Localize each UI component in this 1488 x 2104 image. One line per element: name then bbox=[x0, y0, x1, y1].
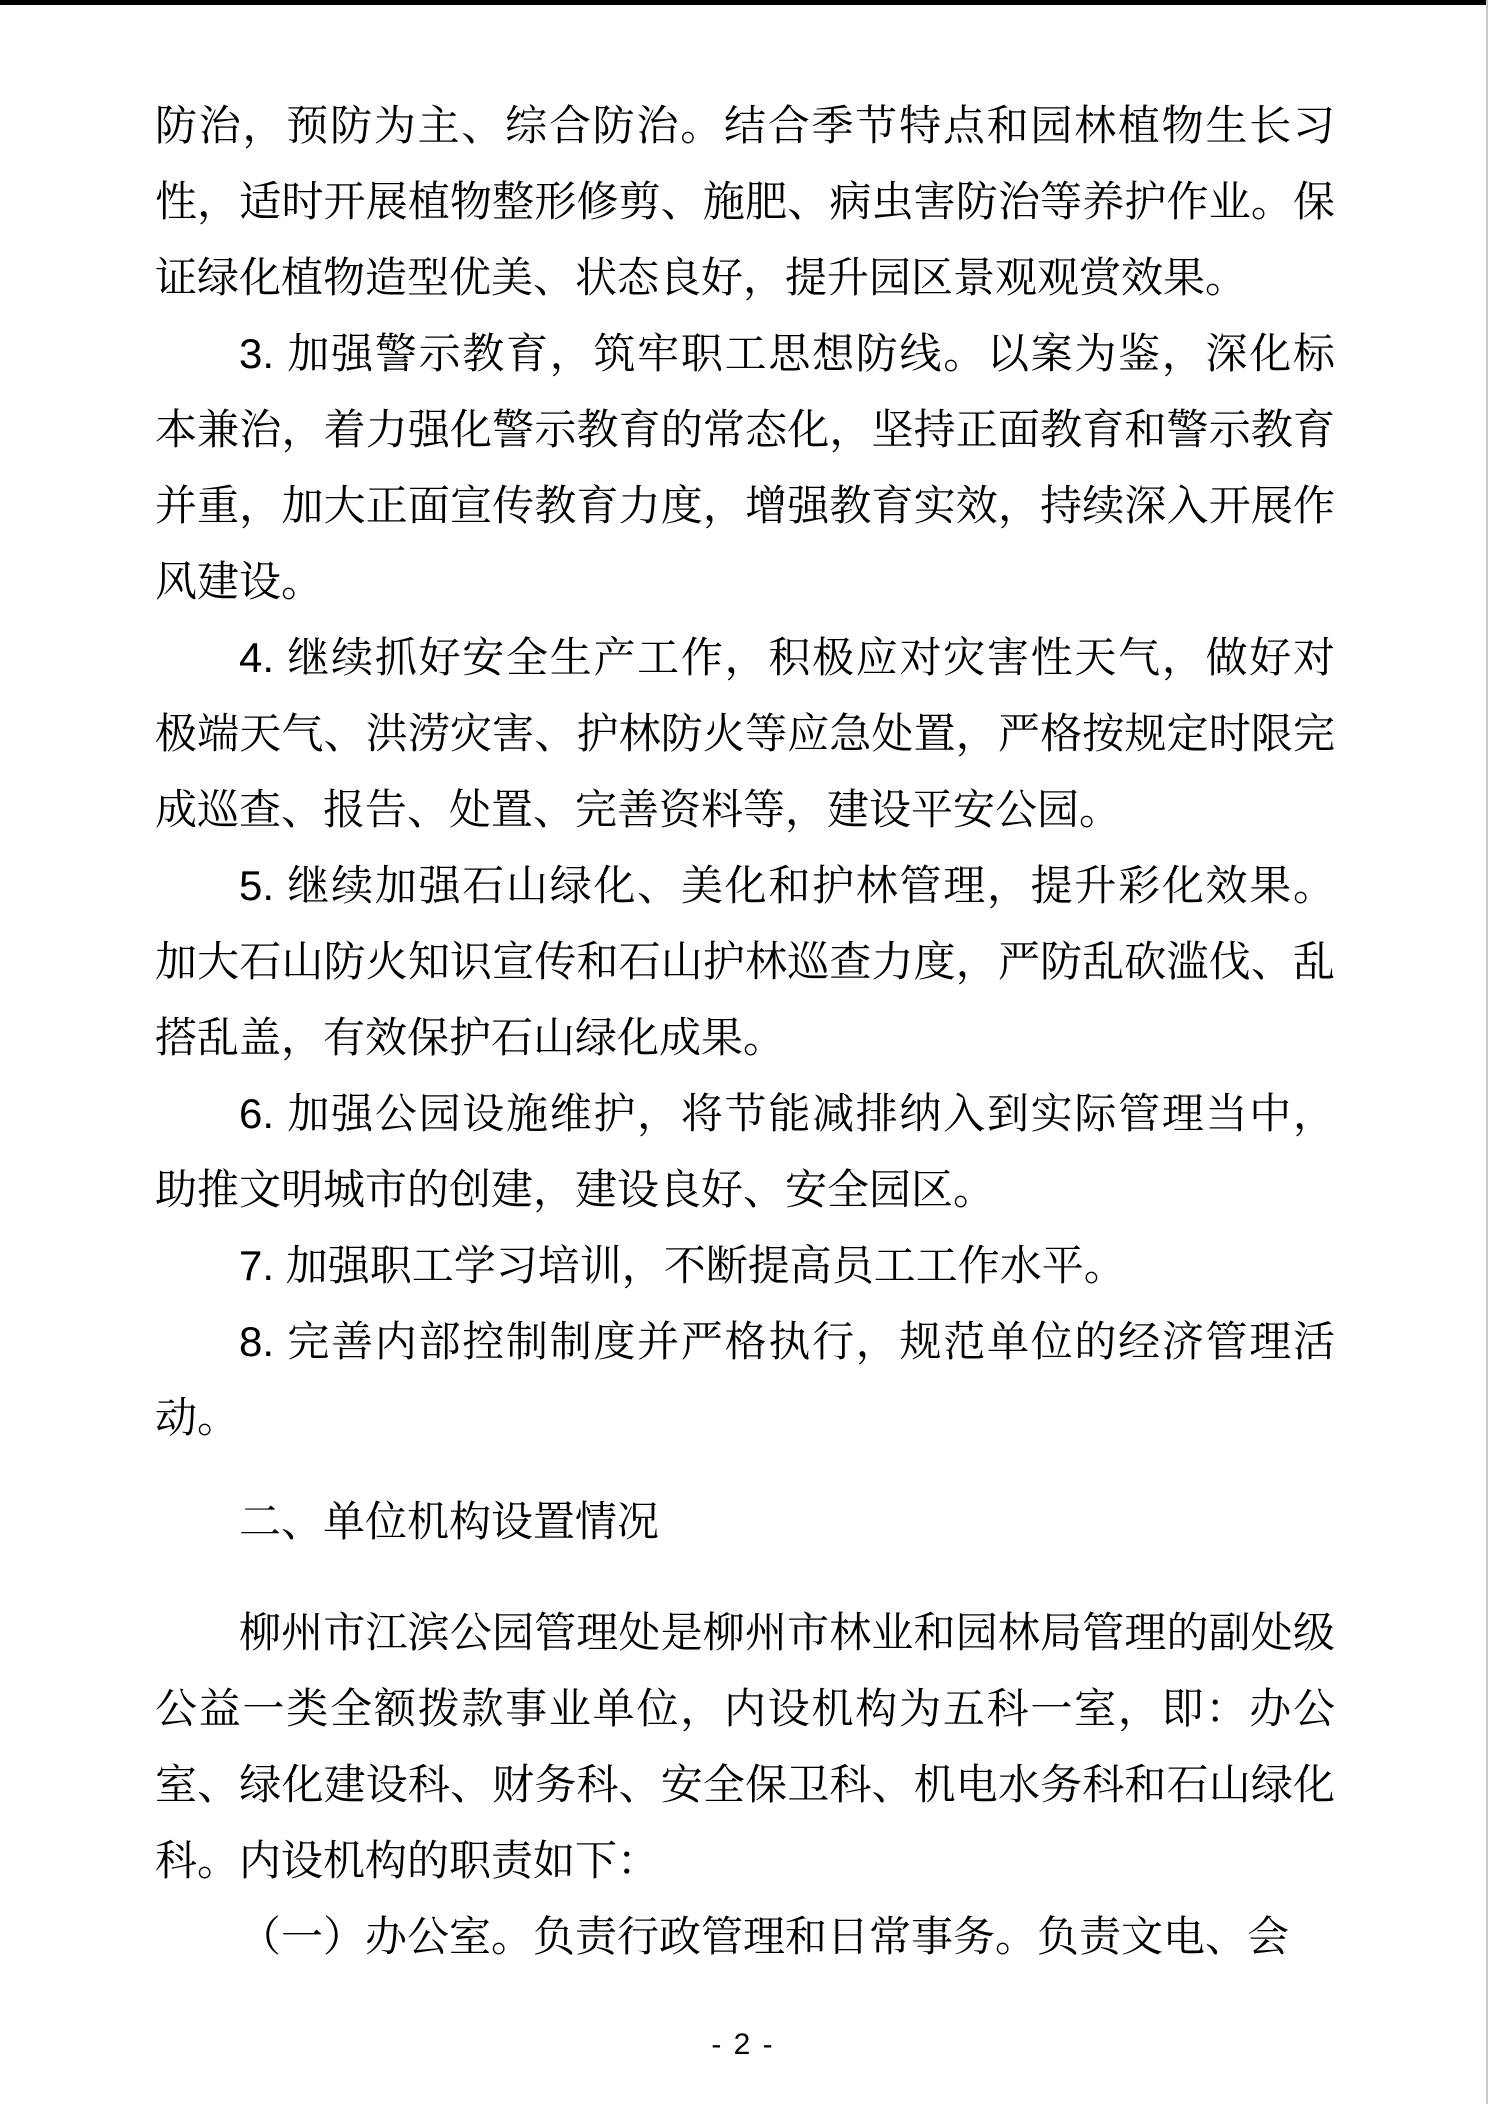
paragraph-org-intro: 柳州市江滨公园管理处是柳州市林业和园林局管理的副处级公益一类全额拨款事业单位，内… bbox=[155, 1595, 1335, 1899]
paragraph-item-4: 4. 继续抓好安全生产工作，积极应对灾害性天气，做好对极端天气、洪涝灾害、护林防… bbox=[155, 620, 1335, 848]
paragraph-item-5: 5. 继续加强石山绿化、美化和护林管理，提升彩化效果。加大石山防火知识宣传和石山… bbox=[155, 848, 1335, 1076]
paragraph-item-6: 6. 加强公园设施维护，将节能减排纳入到实际管理当中，助推文明城市的创建，建设良… bbox=[155, 1076, 1335, 1228]
paragraph-item-3: 3. 加强警示教育，筑牢职工思想防线。以案为鉴，深化标本兼治，着力强化警示教育的… bbox=[155, 316, 1335, 620]
paragraph-item-7: 7. 加强职工学习培训，不断提高员工工作水平。 bbox=[155, 1228, 1335, 1304]
section-heading: 二、单位机构设置情况 bbox=[155, 1484, 1335, 1560]
paragraph-office-duty: （一）办公室。负责行政管理和日常事务。负责文电、会 bbox=[155, 1899, 1335, 1975]
document-page: 防治，预防为主、综合防治。结合季节特点和园林植物生长习性，适时开展植物整形修剪、… bbox=[0, 0, 1488, 2104]
paragraph-item-8: 8. 完善内部控制制度并严格执行，规范单位的经济管理活动。 bbox=[155, 1304, 1335, 1456]
paragraph-continuation: 防治，预防为主、综合防治。结合季节特点和园林植物生长习性，适时开展植物整形修剪、… bbox=[155, 88, 1335, 316]
document-body: 防治，预防为主、综合防治。结合季节特点和园林植物生长习性，适时开展植物整形修剪、… bbox=[155, 88, 1335, 1975]
scan-edge-artifact bbox=[0, 0, 1486, 5]
page-number: - 2 - bbox=[0, 2028, 1486, 2062]
